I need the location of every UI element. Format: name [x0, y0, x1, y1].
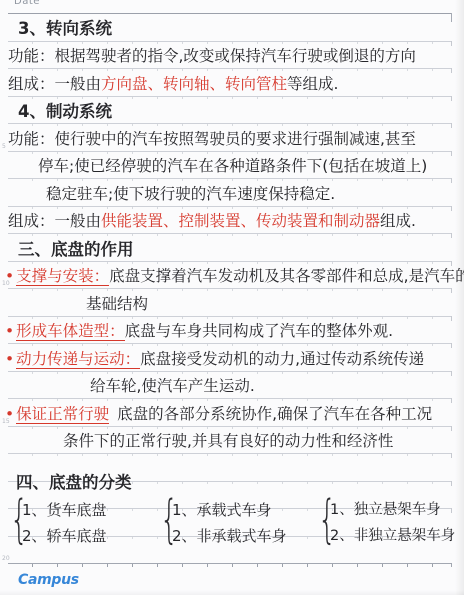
chassis-role-power-cont: 给车轮,使汽车产生运动.: [90, 373, 255, 401]
body-shape-red-head: 形成车体造型：: [16, 322, 125, 341]
margin-line-number: 20: [2, 556, 10, 562]
classification-independent-suspension: 1、独立悬架车身: [330, 497, 441, 523]
classification-non-independent-suspension: 2、非独立悬架车身: [330, 523, 455, 549]
chassis-role-support-cont: 基础结构: [86, 291, 148, 319]
heading-chassis-classification: 四、底盘的分类: [16, 469, 132, 497]
support-install-red-head: 支撑与安装：: [16, 267, 109, 286]
brake-parts-red-text: 供能装置、控制装置、传动装置和制动器: [101, 212, 380, 230]
page-bottom-shadow: [0, 590, 464, 595]
body-shape-text: 底盘与车身共同构成了汽车的整体外观.: [125, 322, 393, 340]
steering-composition-line: 组成：一般由方向盘、转向轴、转向管柱等组成.: [8, 71, 338, 99]
steering-function-line: 功能：根据驾驶者的指令,改变或保持汽车行驶或倒退的方向: [8, 43, 416, 71]
bullet-icon: •: [5, 350, 14, 368]
normal-drive-red-head: 保证正常行驶: [16, 405, 109, 424]
chassis-role-power: •动力传递与运动：底盘接受发动机的动力,通过传动系统传递: [5, 346, 424, 374]
classification-car-chassis: 2、轿车底盘: [22, 523, 107, 549]
brake-function-line-3: 稳定驻车;使下坡行驶的汽车速度保持稳定.: [46, 181, 335, 209]
classification-truck-chassis: 1、货车底盘: [22, 497, 107, 523]
composition-prefix: 组成：一般由: [8, 212, 101, 230]
power-transfer-red-head: 动力传递与运动：: [16, 350, 140, 369]
brake-function-line-1: 功能：使行驶中的汽车按照驾驶员的要求进行强制减速,甚至: [8, 126, 416, 154]
brake-composition-line: 组成：一般由供能装置、控制装置、传动装置和制动器组成.: [8, 208, 416, 236]
campus-brand-logo: Campus: [18, 572, 79, 588]
date-label: Date: [14, 0, 40, 7]
bullet-icon: •: [5, 267, 14, 285]
bullet-icon: •: [5, 322, 14, 340]
chassis-role-normal-drive-cont: 条件下的正常行驶,并具有良好的动力性和经济性: [63, 428, 393, 456]
notebook-page: Date 5 10 15 20 3、转向系统 功能：根据驾驶者的指令,改变或保持…: [0, 0, 464, 595]
classification-unibody: 1、承载式车身: [172, 497, 272, 523]
classification-body-on-frame: 2、非承载式车身: [172, 523, 287, 549]
chassis-role-body-shape: •形成车体造型：底盘与车身共同构成了汽车的整体外观.: [5, 318, 393, 346]
footer-rule-line: [8, 563, 451, 567]
page-edge-shadow: [455, 0, 464, 595]
normal-drive-text: 底盘的各部分系统协作,确保了汽车在各种工况: [117, 405, 432, 423]
heading-brake-system: 4、制动系统: [18, 98, 112, 126]
composition-suffix: 组成.: [380, 212, 416, 230]
composition-prefix: 组成：一般由: [8, 75, 101, 93]
chassis-role-normal-drive: •保证正常行驶底盘的各部分系统协作,确保了汽车在各种工况: [5, 401, 432, 429]
brake-function-line-2: 停车;使已经停驶的汽车在各种道路条件下(包括在坡道上): [38, 153, 427, 181]
composition-suffix: 等组成.: [287, 75, 338, 93]
margin-line-number: 5: [2, 144, 6, 150]
power-transfer-text: 底盘接受发动机的动力,通过传动系统传递: [140, 350, 424, 368]
heading-steering-system: 3、转向系统: [18, 15, 112, 43]
bullet-icon: •: [5, 405, 14, 423]
chassis-role-support: •支撑与安装：底盘支撑着汽车发动机及其各零部件和总成,是汽车的: [5, 263, 464, 291]
heading-chassis-function: 三、底盘的作用: [18, 236, 134, 264]
steering-parts-red-text: 方向盘、转向轴、转向管柱: [101, 75, 287, 93]
support-install-text: 底盘支撑着汽车发动机及其各零部件和总成,是汽车的: [109, 267, 464, 285]
